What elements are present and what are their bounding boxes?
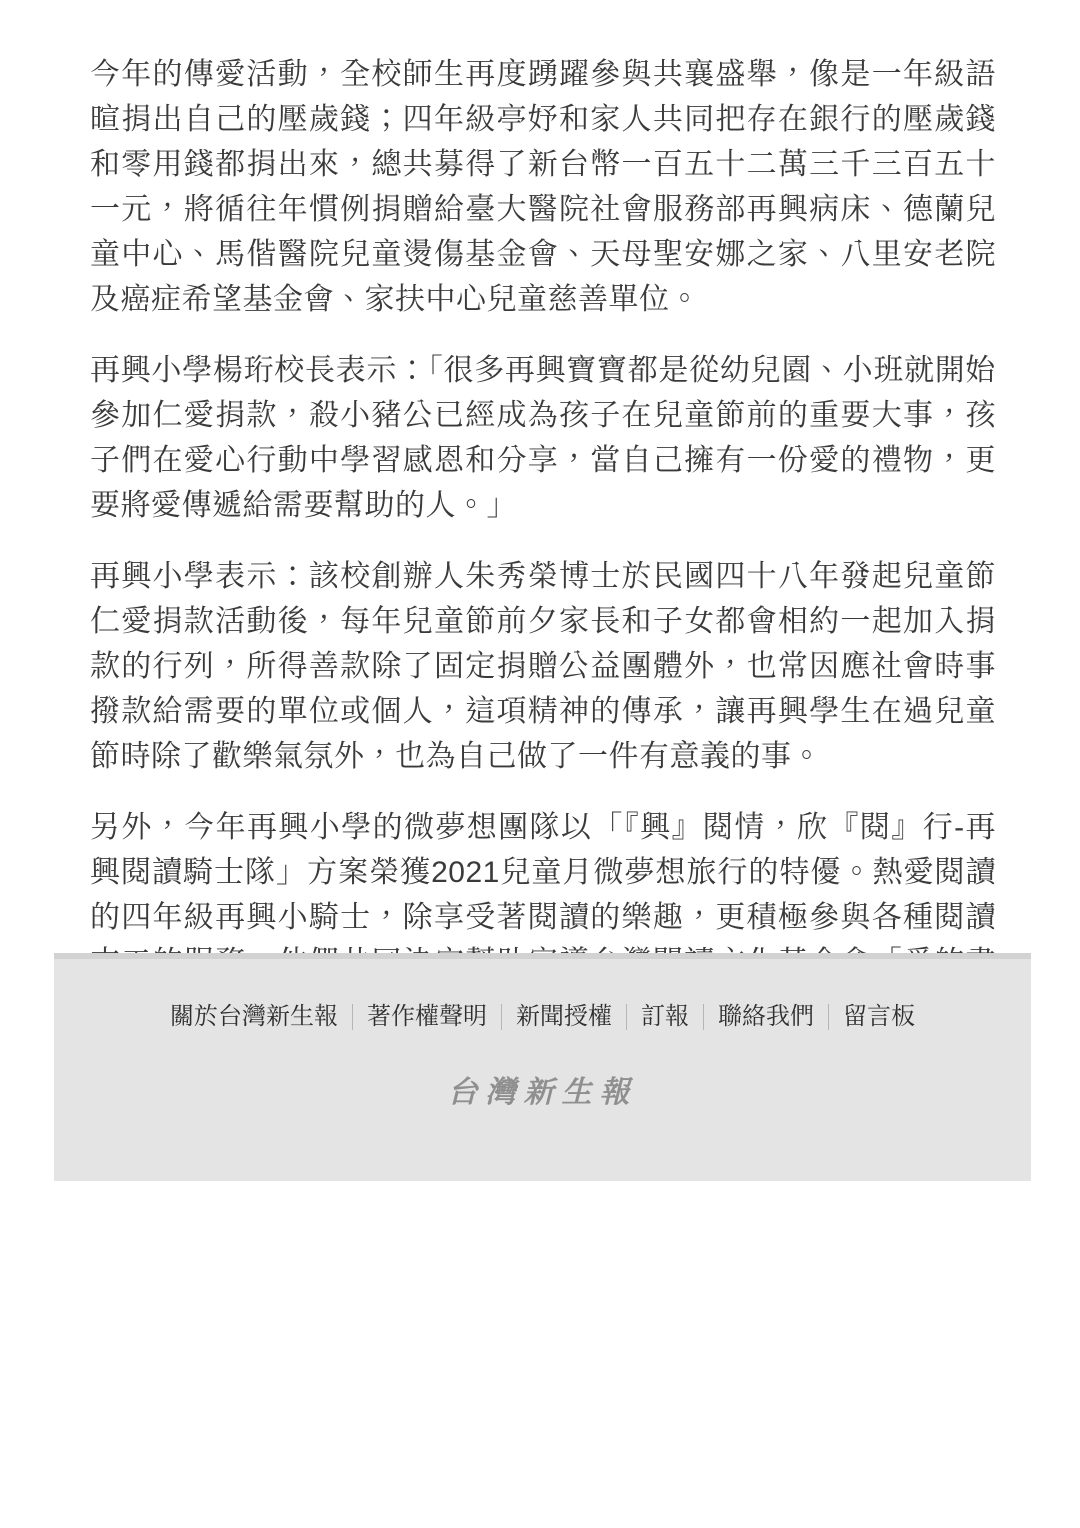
footer-logo-wrap: 台灣新生報 xyxy=(54,1067,1031,1111)
footer-link[interactable]: 聯絡我們 xyxy=(704,1004,829,1030)
article-paragraph: 再興小學表示：該校創辦人朱秀榮博士於民國四十八年發起兒童節仁愛捐款活動後，每年兒… xyxy=(90,554,996,779)
footer-link[interactable]: 關於台灣新生報 xyxy=(156,1004,353,1030)
footer-link[interactable]: 新聞授權 xyxy=(502,1004,627,1030)
newspaper-logo[interactable]: 台灣新生報 xyxy=(448,1067,638,1111)
article-paragraph: 再興小學楊珩校長表示：「很多再興寶寶都是從幼兒園、小班就開始參加仁愛捐款，殺小豬… xyxy=(90,348,996,528)
footer-nav: 關於台灣新生報著作權聲明新聞授權訂報聯絡我們留言板 xyxy=(54,1003,1031,1031)
footer-link[interactable]: 留言板 xyxy=(829,1004,929,1030)
article-paragraph: 今年的傳愛活動，全校師生再度踴躍參與共襄盛舉，像是一年級語暄捐出自己的壓歲錢；四… xyxy=(90,52,996,322)
site-footer: 關於台灣新生報著作權聲明新聞授權訂報聯絡我們留言板 台灣新生報 xyxy=(54,953,1031,1181)
footer-link[interactable]: 著作權聲明 xyxy=(353,1004,502,1030)
footer-link[interactable]: 訂報 xyxy=(627,1004,704,1030)
